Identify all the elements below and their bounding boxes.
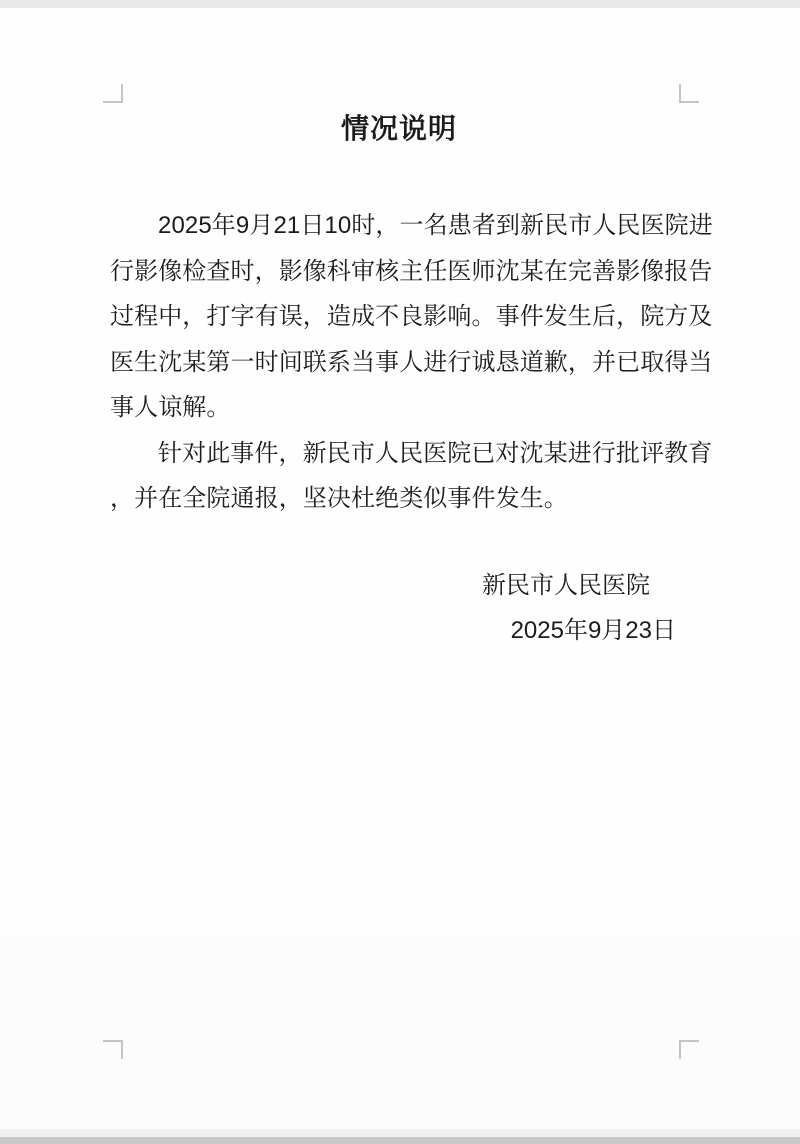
crop-mark-bottom-left <box>103 1040 123 1059</box>
paragraph-1-line-1: 2025年9月21日10时，一名患者到新民市人民医院进 <box>110 203 688 249</box>
paragraph-1-line-4: 医生沈某第一时间联系当事人进行诚恳道歉，并已取得当 <box>110 340 688 386</box>
signature-date: 2025年9月23日 <box>110 608 688 654</box>
paragraph-2-line-1: 针对此事件，新民市人民医院已对沈某进行批评教育 <box>110 431 688 477</box>
paragraph-1-line-2: 行影像检查时，影像科审核主任医师沈某在完善影像报告 <box>110 249 688 295</box>
document-body: 2025年9月21日10时，一名患者到新民市人民医院进 行影像检查时，影像科审核… <box>110 203 688 522</box>
paragraph-1-line-5: 事人谅解。 <box>110 385 688 431</box>
paragraph-2-line-2: ，并在全院通报，坚决杜绝类似事件发生。 <box>110 476 688 522</box>
signature-name: 新民市人民医院 <box>110 563 688 609</box>
photo-edge-bottom-light <box>0 1129 800 1137</box>
signature-block: 新民市人民医院 2025年9月23日 <box>110 563 688 654</box>
photo-edge-bottom-dark <box>0 1137 800 1144</box>
crop-mark-top-left <box>103 84 123 103</box>
crop-mark-top-right <box>679 84 699 103</box>
crop-mark-bottom-right <box>679 1040 699 1059</box>
document-content: 情况说明 2025年9月21日10时，一名患者到新民市人民医院进 行影像检查时，… <box>110 112 688 654</box>
document-page: 情况说明 2025年9月21日10时，一名患者到新民市人民医院进 行影像检查时，… <box>0 0 800 1144</box>
document-title: 情况说明 <box>110 112 688 146</box>
paragraph-1-line-3: 过程中，打字有误，造成不良影响。事件发生后，院方及 <box>110 294 688 340</box>
photo-edge-top <box>0 0 800 8</box>
